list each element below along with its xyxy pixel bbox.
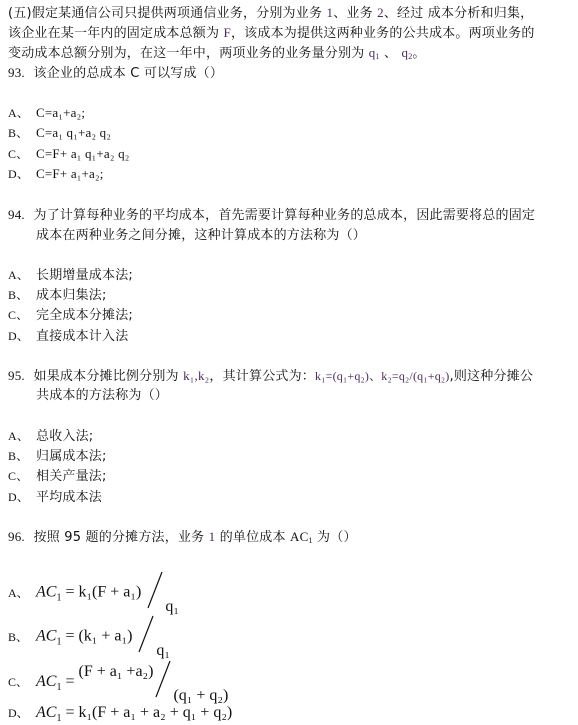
question-93: 93. 该企业的总成本 C 可以写成（）: [8, 64, 223, 83]
q96-option-a[interactable]: A、AC1 = k₁(F + a₁) q₁: [8, 576, 179, 617]
q94-option-d[interactable]: D、直接成本计入法: [8, 327, 128, 346]
q95-option-d[interactable]: D、平均成本法: [8, 488, 102, 507]
intro-line-3: 变动成本总额分别为，在这一年中，两项业务的业务量分别为 q1 、 q2。: [8, 44, 426, 63]
intro-line-1: (五)假定某通信公司只提供两项通信业务，分别为业务 1、业务 2、经过 成本分析…: [8, 4, 533, 23]
fraction-slash: [137, 620, 155, 654]
q95-option-a[interactable]: A、总收入法;: [8, 427, 93, 446]
fraction-slash: [146, 576, 164, 610]
section-label: (五): [8, 6, 32, 21]
q94-option-a[interactable]: A、长期增量成本法;: [8, 266, 133, 285]
question-96: 96. 按照 95 题的分摊方法，业务 1 的单位成本 AC1 为（）: [8, 528, 357, 547]
fraction-slash: [154, 665, 172, 699]
allocation-formula: k₁=(q₁+q₂)、k₂=q₂/(q₁+q₂): [315, 369, 449, 383]
question-94-line-2: 成本在两种业务之间分摊，这种计算成本的方法称为（）: [36, 227, 366, 245]
question-number: 96.: [8, 529, 25, 544]
q93-option-b[interactable]: B、C=a₁ q₁+a₂ q₂: [8, 124, 111, 142]
question-text: 该企业的总成本 C 可以写成（）: [34, 66, 224, 81]
q93-option-a[interactable]: A、C=a₁+a₂;: [8, 104, 85, 122]
question-text: 为了计算每种业务的平均成本，首先需要计算每种业务的总成本，因此需要将总的固定: [34, 208, 536, 223]
q94-option-c[interactable]: C、完全成本分摊法;: [8, 306, 133, 325]
question-number: 93.: [8, 65, 25, 80]
q96-option-b[interactable]: B、AC1 = (k₁ + a₁) q₁: [8, 620, 170, 661]
q96-option-d[interactable]: D、AC1 = k₁(F + a₁ + a₂ + q₁ + q₂): [8, 703, 232, 723]
q95-option-c[interactable]: C、相关产量法;: [8, 467, 107, 486]
q93-option-c[interactable]: C、C=F+ a₁ q₁+a₂ q₂: [8, 145, 130, 163]
question-95-line-2: 共成本的方法称为（）: [36, 387, 168, 405]
q93-option-d[interactable]: D、C=F+ a₁+a₂;: [8, 165, 104, 183]
intro-line-2: 该企业在某一年内的固定成本总额为 F，该成本为提供这两种业务的公共成本。两项业务…: [8, 24, 535, 43]
question-number: 95.: [8, 368, 25, 383]
q94-option-b[interactable]: B、成本归集法;: [8, 286, 107, 305]
question-number: 94.: [8, 207, 25, 222]
question-94: 94. 为了计算每种业务的平均成本，首先需要计算每种业务的总成本，因此需要将总的…: [8, 206, 535, 225]
question-95: 95. 如果成本分摊比例分别为 k₁,k₂，其计算公式为：k₁=(q₁+q₂)、…: [8, 367, 533, 386]
q95-option-b[interactable]: B、归属成本法;: [8, 447, 107, 466]
q96-option-c[interactable]: C、AC1 = (F + a₁ +a₂)(q₁ + q₂): [8, 662, 228, 706]
